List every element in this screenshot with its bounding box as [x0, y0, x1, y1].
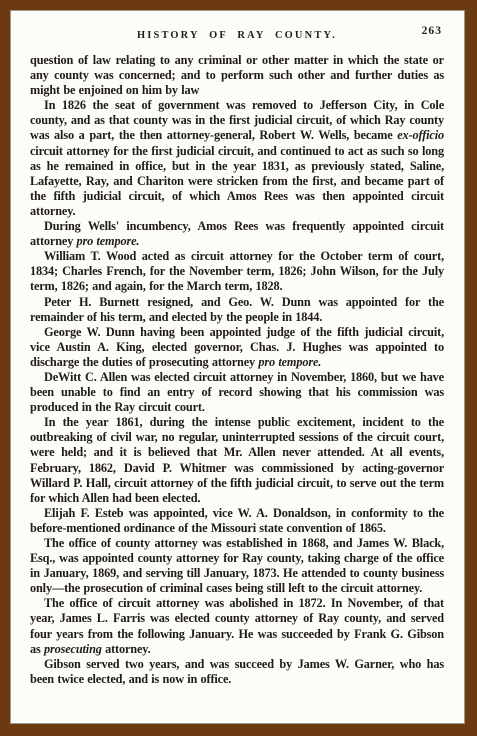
paragraph: The office of county attorney was establ…: [30, 536, 444, 596]
page-title: HISTORY OF RAY COUNTY.: [137, 30, 337, 41]
paragraph: question of law relating to any criminal…: [30, 53, 444, 98]
text-run: DeWitt C. Allen was elected circuit atto…: [30, 370, 444, 414]
paragraph: Elijah F. Esteb was appointed, vice W. A…: [30, 506, 444, 536]
text-run: Gibson served two years, and was succeed…: [30, 657, 444, 686]
paragraph: In 1826 the seat of government was remov…: [30, 98, 444, 219]
running-head: HISTORY OF RAY COUNTY. 263: [30, 25, 444, 41]
paragraph: William T. Wood acted as circuit attorne…: [30, 249, 444, 294]
italic-run: pro tempore.: [77, 234, 140, 248]
text-body: question of law relating to any criminal…: [30, 53, 444, 687]
page-content: HISTORY OF RAY COUNTY. 263 question of l…: [10, 10, 465, 724]
page-number: 263: [422, 24, 442, 37]
text-run: William T. Wood acted as circuit attorne…: [30, 249, 444, 293]
paragraph: The office of circuit attorney was aboli…: [30, 596, 444, 656]
paragraph: Gibson served two years, and was succeed…: [30, 657, 444, 687]
text-run: Peter H. Burnett resigned, and Geo. W. D…: [30, 295, 444, 324]
paragraph: During Wells' incumbency, Amos Rees was …: [30, 219, 444, 249]
italic-run: pro tempore.: [258, 355, 321, 369]
italic-run: ex-officio: [397, 128, 444, 142]
text-run: In 1826 the seat of government was remov…: [30, 98, 444, 142]
italic-run: prosecuting: [44, 642, 102, 656]
text-run: George W. Dunn having been appointed jud…: [30, 325, 444, 369]
text-run: circuit attorney for the first judicial …: [30, 144, 444, 218]
text-run: attorney.: [102, 642, 151, 656]
text-run: In the year 1861, during the intense pub…: [30, 415, 444, 504]
paragraph: In the year 1861, during the intense pub…: [30, 415, 444, 506]
text-run: question of law relating to any criminal…: [30, 53, 444, 97]
paragraph: George W. Dunn having been appointed jud…: [30, 325, 444, 370]
paragraph: DeWitt C. Allen was elected circuit atto…: [30, 370, 444, 415]
book-page: HISTORY OF RAY COUNTY. 263 question of l…: [0, 0, 477, 736]
text-run: The office of county attorney was establ…: [30, 536, 444, 595]
text-run: Elijah F. Esteb was appointed, vice W. A…: [30, 506, 444, 535]
paragraph: Peter H. Burnett resigned, and Geo. W. D…: [30, 295, 444, 325]
